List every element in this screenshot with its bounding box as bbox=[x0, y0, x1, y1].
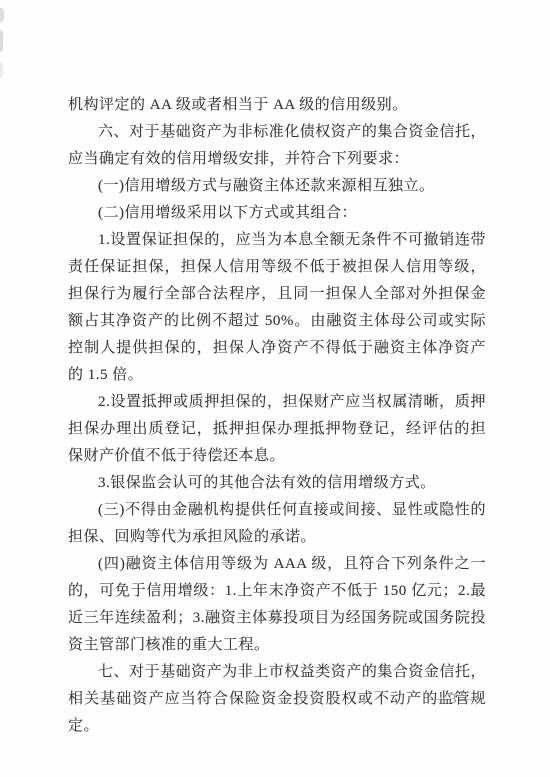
body-paragraph-item-1: (一)信用增级方式与融资主体还款来源相互独立。 bbox=[68, 173, 486, 200]
scan-artifact bbox=[0, 62, 3, 78]
body-paragraph-item-2: (二)信用增级采用以下方式或其组合： bbox=[68, 200, 486, 227]
body-paragraph-item-2-sub-3: 3.银保监会认可的其他合法有效的信用增级方式。 bbox=[68, 470, 486, 497]
scanned-document-page: 机构评定的 AA 级或者相当于 AA 级的信用级别。 六、对于基础资产为非标准化… bbox=[0, 0, 550, 777]
page-number: — 3 — bbox=[428, 692, 480, 708]
body-paragraph-item-4: (四)融资主体信用等级为 AAA 级，且符合下列条件之一的，可免于信用增级：1.… bbox=[68, 551, 486, 659]
body-paragraph-continuation: 机构评定的 AA 级或者相当于 AA 级的信用级别。 bbox=[68, 92, 486, 119]
body-paragraph-article-7: 七、对于基础资产为非上市权益类资产的集合资金信托，相关基础资产应当符合保险资金投… bbox=[68, 659, 486, 740]
body-paragraph-item-3: (三)不得由金融机构提供任何直接或间接、显性或隐性的担保、回购等代为承担风险的承… bbox=[68, 497, 486, 551]
body-paragraph-item-2-sub-2: 2.设置抵押或质押担保的，担保财产应当权属清晰，质押担保办理出质登记，抵押担保办… bbox=[68, 389, 486, 470]
body-paragraph-article-6: 六、对于基础资产为非标准化债权资产的集合资金信托，应当确定有效的信用增级安排，并… bbox=[68, 119, 486, 173]
scan-artifact bbox=[0, 8, 4, 22]
document-body: 机构评定的 AA 级或者相当于 AA 级的信用级别。 六、对于基础资产为非标准化… bbox=[68, 92, 486, 740]
scan-artifact bbox=[0, 30, 3, 52]
body-paragraph-item-2-sub-1: 1.设置保证担保的，应当为本息全额无条件不可撤销连带责任保证担保，担保人信用等级… bbox=[68, 227, 486, 389]
